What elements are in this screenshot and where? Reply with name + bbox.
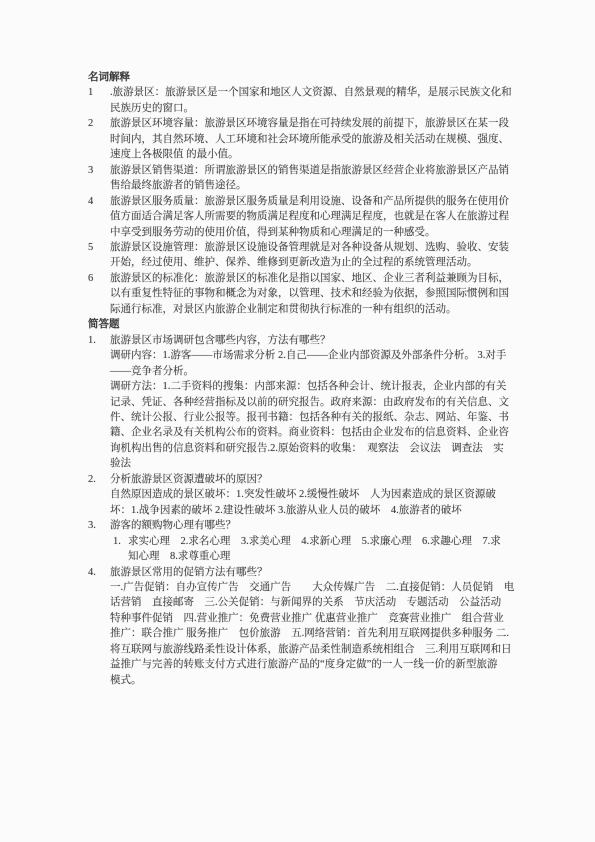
text-line: 时间内，其自然环境、人工环境和社会环境所能承受的旅游及相关活动在规模、强度、 <box>110 132 518 147</box>
question-line: 游客的额购物心理有哪些？ <box>110 518 518 533</box>
answer-line: 将互联网与旅游线路柔性设计体系，旅游产品柔性制造系统相组合 三.利用互联网和日 <box>110 642 518 657</box>
item-body: 旅游景区市场调研包含哪些内容，方法有哪些？ 调研内容：1.游客——市场需求分析 … <box>110 333 518 472</box>
item-number: 4. <box>88 565 110 580</box>
answer-line: 推广：联合推广 服务推广 包价旅游 五.网络营销：首先利用互联网提供多种服务 二… <box>110 626 518 641</box>
answer-line: 知心理 8.求尊重心理 <box>110 549 518 564</box>
text-line: 旅游景区的标准化：旅游景区的标准化是指以国家、地区、企业三者利益兼顾为目标， <box>110 271 518 286</box>
text-line: 以有重复性特征的事物和概念为对象，以管理、技术和经验为依据，参照国际惯例和国 <box>110 286 518 301</box>
question-line: 旅游景区市场调研包含哪些内容，方法有哪些？ <box>110 333 518 348</box>
item-body: .旅游景区：旅游景区是一个国家和地区人文资源、自然景观的精华，是展示民族文化和 … <box>110 85 518 116</box>
item-number: 5 <box>88 240 110 255</box>
question-item-1: 1. 旅游景区市场调研包含哪些内容，方法有哪些？ 调研内容：1.游客——市场需求… <box>88 333 518 472</box>
item-number: 1. <box>88 333 110 348</box>
text-line: 民族历史的窗口。 <box>110 101 518 116</box>
item-number: 2 <box>88 116 110 131</box>
item-number: 1 <box>88 85 110 100</box>
answer-line: 件、统计公报、行业公报等。报刊书籍：包括各种有关的报纸、杂志、网站、年鉴、书 <box>110 410 518 425</box>
item-body: 旅游景区销售渠道：所谓旅游景区的销售渠道是指旅游景区经营企业将旅游景区产品销 售… <box>110 163 518 194</box>
text-line: 速度上各极限值 的最小值。 <box>110 147 518 162</box>
item-number: 3 <box>88 163 110 178</box>
text-line: 旅游景区设施管理：旅游景区设施设备管理就是对各种设备从规划、选购、验收、安装 <box>110 240 518 255</box>
term-item-4: 4 旅游景区服务质量：旅游景区服务质量是利用设施、设备和产品所提供的服务在使用价… <box>88 194 518 240</box>
text-line: 值方面适合满足客人所需要的物质满足程度和心理满足程度，也就是在客人在旅游过程 <box>110 209 518 224</box>
answer-line: 话营销 直接邮寄 三.公关促销：与新闻界的关系 节庆活动 专题活动 公益活动 <box>110 595 518 610</box>
item-body: 旅游景区的标准化：旅游景区的标准化是指以国家、地区、企业三者利益兼顾为目标， 以… <box>110 271 518 317</box>
text-line: .旅游景区：旅游景区是一个国家和地区人文资源、自然景观的精华，是展示民族文化和 <box>110 85 518 100</box>
document-page: 名词解释 1 .旅游景区：旅游景区是一个国家和地区人文资源、自然景观的精华，是展… <box>88 70 518 688</box>
answer-line: 特种事件促销 四.营业推广：免费营业推广 优惠营业推广 竞赛营业推广 组合营业 <box>110 611 518 626</box>
answer-line: 询机构出售的信息资料和研究报告.2.原始资料的收集： 观察法 会议法 调查法 实 <box>110 441 518 456</box>
answer-line: 模式。 <box>110 673 518 688</box>
section-heading-short-answers: 简答题 <box>88 317 518 332</box>
item-body: 游客的额购物心理有哪些？ 1. 求实心理 2.求名心理 3.求美心理 4.求新心… <box>110 518 518 564</box>
answer-subline: 1. 求实心理 2.求名心理 3.求美心理 4.求新心理 5.求廉心理 6.求趣… <box>110 534 518 549</box>
text-line: 中享受到服务劳动的使用价值，得到某种物质和心理满足的一种感受。 <box>110 225 518 240</box>
text-line: 旅游景区销售渠道：所谓旅游景区的销售渠道是指旅游景区经营企业将旅游景区产品销 <box>110 163 518 178</box>
text-line: 开始，经过使用、维护、保养、维修到更新改造为止的全过程的系统管理活动。 <box>110 255 518 270</box>
text-line: 旅游景区环境容量：旅游景区环境容量是指在可持续发展的前提下，旅游景区在某一段 <box>110 116 518 131</box>
item-number: 4 <box>88 194 110 209</box>
text-line: 旅游景区服务质量：旅游景区服务质量是利用设施、设备和产品所提供的服务在使用价 <box>110 194 518 209</box>
question-item-2: 2. 分析旅游景区资源遭破坏的原因？ 自然原因造成的景区破坏：1.突发性破坏 2… <box>88 472 518 518</box>
term-item-1: 1 .旅游景区：旅游景区是一个国家和地区人文资源、自然景观的精华，是展示民族文化… <box>88 85 518 116</box>
term-item-5: 5 旅游景区设施管理：旅游景区设施设备管理就是对各种设备从规划、选购、验收、安装… <box>88 240 518 271</box>
answer-line: 求实心理 2.求名心理 3.求美心理 4.求新心理 5.求廉心理 6.求趣心理 … <box>128 534 501 549</box>
item-number: 3. <box>88 518 110 533</box>
answer-line: 调研内容：1.游客——市场需求分析 2.自己——企业内部资源及外部条件分析。 3… <box>110 348 518 363</box>
item-body: 旅游景区环境容量：旅游景区环境容量是指在可持续发展的前提下，旅游景区在某一段 时… <box>110 116 518 162</box>
answer-line: ——竞争者分析。 <box>110 364 518 379</box>
question-line: 旅游景区常用的促销方法有哪些？ <box>110 565 518 580</box>
sub-item-number: 1. <box>113 534 128 549</box>
answer-line: 籍、企业名录及有关机构公布的资料。商业资料：包括由企业发布的信息资料、企业咨 <box>110 425 518 440</box>
term-item-6: 6 旅游景区的标准化：旅游景区的标准化是指以国家、地区、企业三者利益兼顾为目标，… <box>88 271 518 317</box>
answer-line: 调研方法：1.二手资料的搜集：内部来源：包括各种会计、统计报表，企业内部的有关 <box>110 379 518 394</box>
section-heading-terms: 名词解释 <box>88 70 518 85</box>
text-line: 际通行标准，对景区内旅游企业制定和贯彻执行标准的一种有组织的活动。 <box>110 302 518 317</box>
answer-line: 验法 <box>110 456 518 471</box>
answer-line: 自然原因造成的景区破坏：1.突发性破坏 2.缓慢性破坏 人为因素造成的景区资源破 <box>110 487 518 502</box>
answer-line: 记录、凭证、各种经营指标及以前的研究报告。政府来源：由政府发布的有关信息、文 <box>110 395 518 410</box>
item-body: 旅游景区设施管理：旅游景区设施设备管理就是对各种设备从规划、选购、验收、安装 开… <box>110 240 518 271</box>
item-number: 6 <box>88 271 110 286</box>
answer-line: 益推广与完善的转账支付方式进行旅游产品的“度身定做”的一人一线一价的新型旅游 <box>110 657 518 672</box>
question-item-3: 3. 游客的额购物心理有哪些？ 1. 求实心理 2.求名心理 3.求美心理 4.… <box>88 518 518 564</box>
item-body: 旅游景区服务质量：旅游景区服务质量是利用设施、设备和产品所提供的服务在使用价 值… <box>110 194 518 240</box>
item-body: 旅游景区常用的促销方法有哪些？ 一.广告促销：自办宣传广告 交通广告 大众传媒广… <box>110 565 518 689</box>
answer-line: 坏：1.战争因素的破坏 2.建设性破坏 3.旅游从业人员的破坏 4.旅游者的破坏 <box>110 503 518 518</box>
question-line: 分析旅游景区资源遭破坏的原因？ <box>110 472 518 487</box>
question-item-4: 4. 旅游景区常用的促销方法有哪些？ 一.广告促销：自办宣传广告 交通广告 大众… <box>88 565 518 689</box>
answer-line: 一.广告促销：自办宣传广告 交通广告 大众传媒广告 二.直接促销：人员促销 电 <box>110 580 518 595</box>
term-item-2: 2 旅游景区环境容量：旅游景区环境容量是指在可持续发展的前提下，旅游景区在某一段… <box>88 116 518 162</box>
item-body: 分析旅游景区资源遭破坏的原因？ 自然原因造成的景区破坏：1.突发性破坏 2.缓慢… <box>110 472 518 518</box>
term-item-3: 3 旅游景区销售渠道：所谓旅游景区的销售渠道是指旅游景区经营企业将旅游景区产品销… <box>88 163 518 194</box>
item-number: 2. <box>88 472 110 487</box>
text-line: 售给最终旅游者的销售途径。 <box>110 178 518 193</box>
